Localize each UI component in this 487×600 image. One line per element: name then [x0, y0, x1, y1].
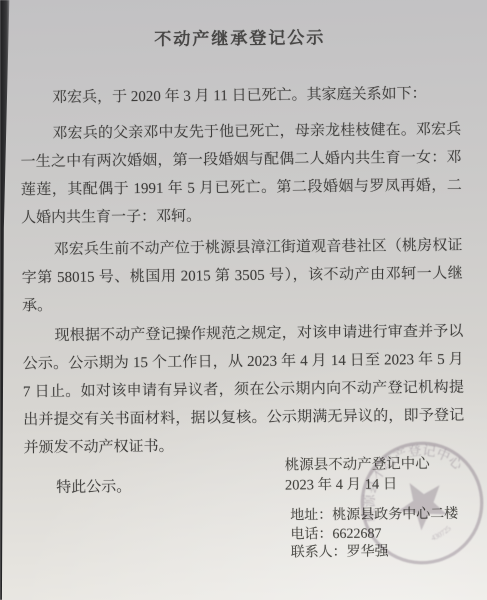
contact-address: 地址：桃源县政务中心二楼: [290, 506, 458, 526]
notice-document: 不动产继承登记公示 邓宏兵，于 2020 年 3 月 11 日已死亡。其家庭关系…: [0, 0, 487, 600]
signature-org: 桃源县不动产登记中心: [285, 455, 430, 476]
paragraph-publicity-period: 现根据不动产登记操作规范之规定，对该申请进行审查并予以公示。公示期为 15 个工…: [22, 318, 464, 463]
document-photo: 不动产继承登记公示 邓宏兵，于 2020 年 3 月 11 日已死亡。其家庭关系…: [0, 0, 487, 600]
contact-person: 联系人：罗华强: [291, 543, 459, 563]
signature-date: 2023 年 4 月 14 日: [285, 475, 430, 496]
contact-phone: 电话：6622687: [290, 524, 458, 544]
document-title: 不动产继承登记公示: [19, 25, 460, 54]
paragraph-property-description: 邓宏兵生前不动产位于桃源县漳江街道观音巷社区（桃房权证字第 58015 号、桃国…: [21, 232, 463, 321]
paragraph-family-relations: 邓宏兵的父亲邓中友先于他已死亡，母亲龙桂枝健在。邓宏兵一生之中有两次婚姻，第一段…: [20, 116, 462, 233]
paragraph-death-statement: 邓宏兵，于 2020 年 3 月 11 日已死亡。其家庭关系如下：: [20, 80, 461, 113]
contact-block: 地址：桃源县政务中心二楼 电话：6622687 联系人：罗华强: [290, 506, 459, 563]
signature-block: 桃源县不动产登记中心 2023 年 4 月 14 日: [285, 455, 430, 496]
